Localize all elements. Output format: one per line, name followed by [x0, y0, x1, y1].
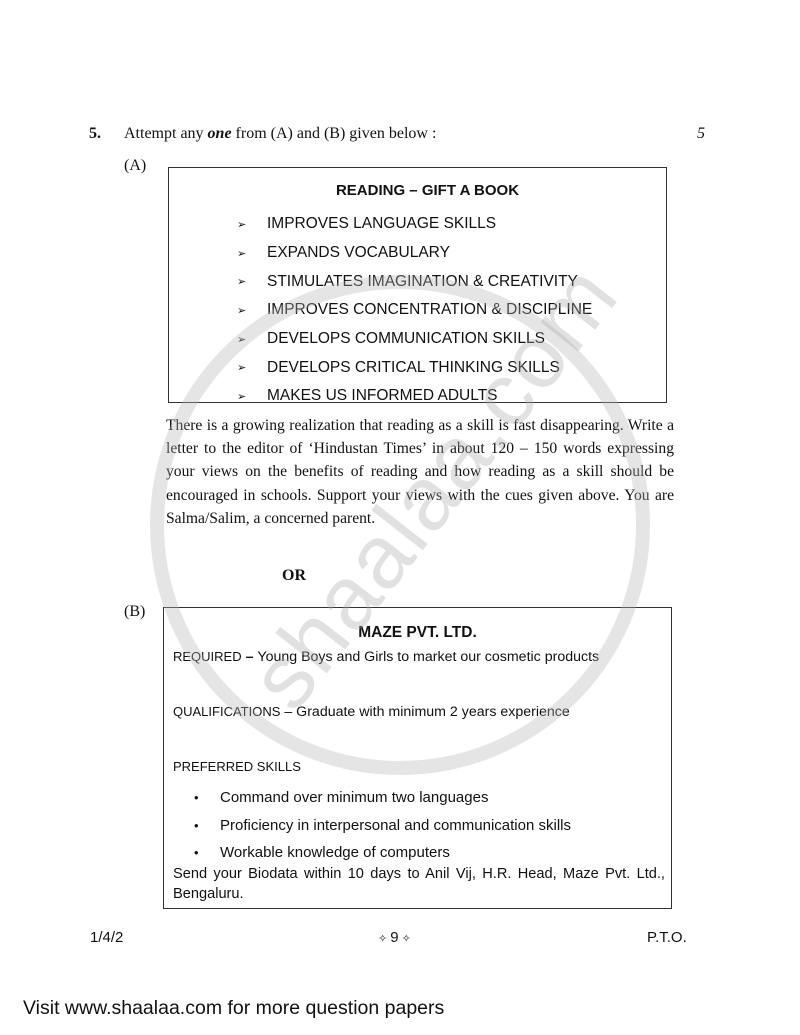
question-number: 5.: [89, 125, 101, 143]
cue-item: ➢EXPANDS VOCABULARY: [237, 239, 592, 268]
cue-item: ➢IMPROVES CONCENTRATION & DISCIPLINE: [237, 296, 592, 325]
qualifications-text: – Graduate with minimum 2 years experien…: [280, 704, 569, 720]
required-text: Young Boys and Girls to market our cosme…: [257, 649, 599, 665]
dot-bullet-icon: •: [194, 790, 220, 805]
arrowhead-bullet-icon: ➢: [237, 218, 267, 231]
option-a-prompt: There is a growing realization that read…: [166, 414, 674, 530]
arrowhead-bullet-icon: ➢: [237, 304, 267, 317]
arrowhead-bullet-icon: ➢: [237, 361, 267, 374]
cue-item: ➢IMPROVES LANGUAGE SKILLS: [237, 210, 592, 239]
preferred-skills-label: PREFERRED SKILLS: [173, 759, 301, 774]
or-separator: OR: [282, 567, 306, 585]
cue-item: ➢DEVELOPS COMMUNICATION SKILLS: [237, 325, 592, 354]
skill-item: •Proficiency in interpersonal and commun…: [194, 812, 571, 840]
visit-banner: Visit www.shaalaa.com for more question …: [23, 997, 444, 1020]
job-advert-box: MAZE PVT. LTD. REQUIRED – Young Boys and…: [163, 607, 672, 909]
instruction-emphasis: one: [208, 125, 232, 142]
advert-company-title: MAZE PVT. LTD.: [164, 624, 671, 642]
cue-list: ➢IMPROVES LANGUAGE SKILLS ➢EXPANDS VOCAB…: [237, 210, 592, 411]
instruction-prefix: Attempt any: [124, 125, 208, 142]
required-dash: –: [242, 649, 258, 665]
skill-list: •Command over minimum two languages •Pro…: [194, 784, 571, 867]
option-a-label: (A): [124, 157, 146, 175]
dot-bullet-icon: •: [194, 845, 220, 860]
star-ornament-icon: ✧: [402, 933, 411, 945]
cue-box-title: READING – GIFT A BOOK: [169, 182, 666, 199]
required-line: REQUIRED – Young Boys and Girls to marke…: [173, 649, 599, 665]
paper-code: 1/4/2: [90, 929, 123, 946]
please-turn-over: P.T.O.: [647, 929, 687, 946]
skill-item: •Workable knowledge of computers: [194, 839, 571, 867]
cue-item: ➢DEVELOPS CRITICAL THINKING SKILLS: [237, 353, 592, 382]
required-label: REQUIRED: [173, 649, 242, 664]
star-ornament-icon: ✧: [378, 933, 387, 945]
arrowhead-bullet-icon: ➢: [237, 275, 267, 288]
skill-item: •Command over minimum two languages: [194, 784, 571, 812]
dot-bullet-icon: •: [194, 818, 220, 833]
option-b-label: (B): [124, 603, 145, 621]
reading-cue-box: READING – GIFT A BOOK ➢IMPROVES LANGUAGE…: [168, 167, 667, 403]
send-biodata-text: Send your Biodata within 10 days to Anil…: [173, 864, 665, 904]
qualifications-label: QUALIFICATIONS: [173, 704, 280, 719]
arrowhead-bullet-icon: ➢: [237, 390, 267, 403]
qualifications-line: QUALIFICATIONS – Graduate with minimum 2…: [173, 704, 570, 720]
cue-item: ➢STIMULATES IMAGINATION & CREATIVITY: [237, 267, 592, 296]
question-marks: 5: [697, 125, 705, 143]
arrowhead-bullet-icon: ➢: [237, 247, 267, 260]
cue-item: ➢MAKES US INFORMED ADULTS: [237, 382, 592, 411]
instruction-suffix: from (A) and (B) given below :: [232, 125, 437, 142]
arrowhead-bullet-icon: ➢: [237, 333, 267, 346]
question-instruction: Attempt any one from (A) and (B) given b…: [124, 125, 436, 143]
page-number: ✧9✧: [378, 929, 411, 946]
